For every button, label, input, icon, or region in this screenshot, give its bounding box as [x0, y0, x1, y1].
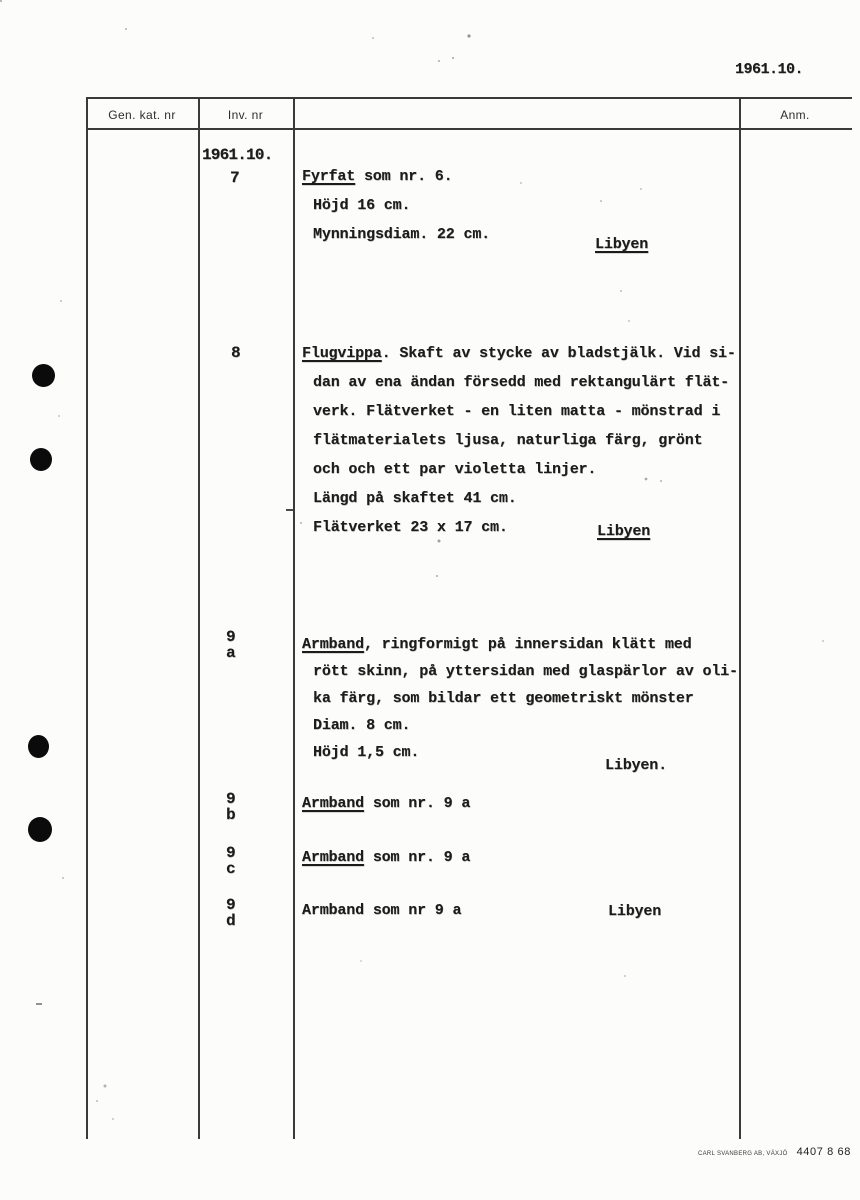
printer-name: CARL SVANBERG AB, VÄXJÖ	[698, 1151, 788, 1157]
entry-title-rest: . Skaft av stycke av bladstjälk. Vid si-	[382, 345, 736, 362]
table-divider-1	[198, 97, 200, 1139]
table-divider-3	[739, 97, 741, 1139]
entry-title: Fyrfat	[302, 168, 355, 185]
entry-title-line: Armband som nr 9 a	[302, 896, 461, 925]
inv-number-letter: c	[226, 861, 235, 877]
entry-title-line: Fyrfat som nr. 6.	[302, 162, 490, 191]
entry-title-rest: som nr. 9 a	[364, 849, 470, 866]
inv-number-letter: b	[226, 807, 235, 823]
punch-hole-dot	[28, 735, 49, 758]
column-header-gen-kat-nr: Gen. kat. nr	[86, 104, 198, 126]
entry-line: flätmaterialets ljusa, naturliga färg, g…	[313, 426, 736, 455]
entry-line: Flätverket 23 x 17 cm.	[313, 513, 736, 542]
entry-9d-description: Armband som nr 9 a	[302, 896, 461, 925]
inv-number-digit: 9	[226, 845, 235, 861]
entry-7-description: Fyrfat som nr. 6. Höjd 16 cm. Mynningsdi…	[302, 162, 490, 249]
entry-line: Höjd 16 cm.	[313, 191, 490, 220]
table-header-rule	[86, 128, 852, 130]
entry-title-line: Armband som nr. 9 a	[302, 789, 470, 818]
entry-title: Armband	[302, 795, 364, 812]
provenance-label: Libyen	[608, 903, 661, 920]
entry-9b-description: Armband som nr. 9 a	[302, 789, 470, 818]
entry-line: ka färg, som bildar ett geometriskt möns…	[313, 685, 738, 712]
provenance-label: Libyen	[595, 236, 648, 253]
inv-number-digit: 9	[226, 897, 235, 913]
inv-number-digit: 9	[226, 629, 235, 645]
column-header-inv-nr: Inv. nr	[198, 104, 293, 126]
entry-title-rest: som nr. 9 a	[364, 795, 470, 812]
entry-line: verk. Flätverket - en liten matta - möns…	[313, 397, 736, 426]
scan-mark	[36, 1003, 42, 1005]
punch-hole-dot	[30, 448, 52, 471]
entry-title: Armband	[302, 636, 364, 653]
printer-code: 4407 8 68	[797, 1146, 851, 1158]
date-heading: 1961.10.	[735, 61, 803, 78]
entry-title: Armband	[302, 849, 364, 866]
table-divider-2	[293, 97, 295, 1139]
entry-title-rest: som nr 9 a	[364, 902, 461, 919]
scan-noise	[0, 0, 2, 2]
inv-number-letter: d	[226, 913, 235, 929]
table-top-rule	[86, 97, 852, 99]
printer-imprint: CARL SVANBERG AB, VÄXJÖ 4407 8 68	[698, 1146, 851, 1158]
entry-title-rest: som nr. 6.	[355, 168, 452, 185]
provenance-label: Libyen	[597, 523, 650, 540]
entry-line: rött skinn, på yttersidan med glaspärlor…	[313, 658, 738, 685]
punch-hole-dot	[32, 364, 55, 387]
entry-line: Längd på skaftet 41 cm.	[313, 484, 736, 513]
entry-title-line: Armband, ringformigt på innersidan klätt…	[302, 631, 738, 658]
inv-number-9b: 9 b	[226, 791, 235, 823]
inv-number-9c: 9 c	[226, 845, 235, 877]
entry-title: Armband	[302, 902, 364, 919]
entry-9a-description: Armband, ringformigt på innersidan klätt…	[302, 631, 738, 766]
inv-number-9a: 9 a	[226, 629, 235, 661]
entry-title-line: Armband som nr. 9 a	[302, 843, 470, 872]
provenance-label: Libyen.	[605, 757, 667, 774]
punch-hole-dot	[28, 817, 52, 842]
entry-title-rest: , ringformigt på innersidan klätt med	[364, 636, 692, 653]
inv-number-letter: a	[226, 645, 235, 661]
inv-number-8: 8	[231, 345, 240, 361]
entry-8-description: Flugvippa. Skaft av stycke av bladstjälk…	[302, 339, 736, 542]
entry-9c-description: Armband som nr. 9 a	[302, 843, 470, 872]
entry-line: Diam. 8 cm.	[313, 712, 738, 739]
inv-number-7: 7	[230, 170, 239, 186]
entry-title-line: Flugvippa. Skaft av stycke av bladstjälk…	[302, 339, 736, 368]
entry-title: Flugvippa	[302, 345, 382, 362]
inv-number-digit: 9	[226, 791, 235, 807]
entry-line: Mynningsdiam. 22 cm.	[313, 220, 490, 249]
entry-line: och och ett par violetta linjer.	[313, 455, 736, 484]
year-label: 1961.10.	[202, 146, 272, 164]
inv-number-9d: 9 d	[226, 897, 235, 929]
entry-line: dan av ena ändan försedd med rektangulär…	[313, 368, 736, 397]
column-header-anm: Anm.	[739, 104, 851, 126]
scanned-catalog-page: 1961.10. Gen. kat. nr Inv. nr Anm. 1961.…	[0, 0, 860, 1200]
table-left-border	[86, 97, 88, 1139]
entry-line: Höjd 1,5 cm.	[313, 739, 738, 766]
